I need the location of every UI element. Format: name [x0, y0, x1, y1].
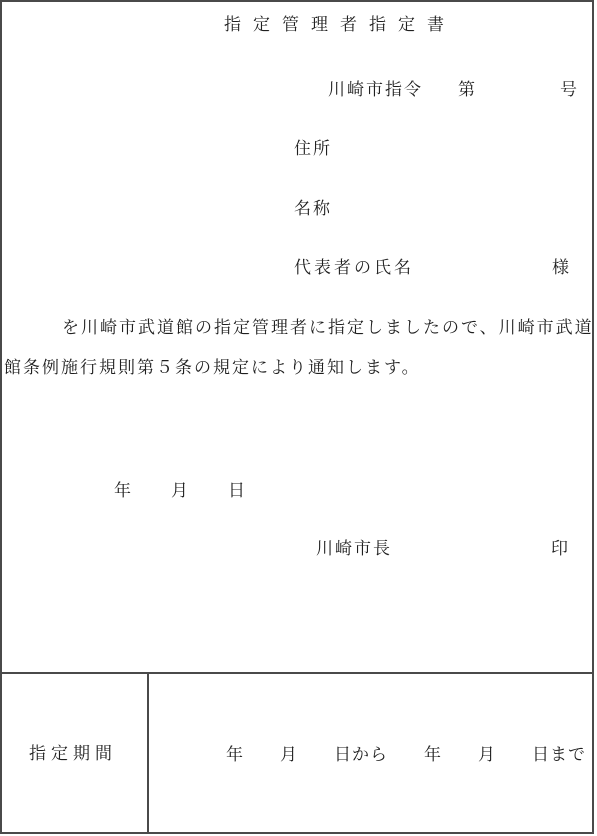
recipient-honorific-label: 様: [552, 258, 571, 278]
recipient-address-label: 住所: [294, 139, 332, 159]
period-table-cell-divider: [147, 672, 149, 834]
seal-mark: 印: [551, 539, 570, 559]
issue-date-line: 年 月 日: [114, 481, 247, 501]
period-value-cell: 年 月 日から 年 月 日まで: [226, 745, 586, 765]
body-paragraph-line-1: を川崎市武道館の指定管理者に指定しましたので、川崎市武道: [62, 318, 594, 338]
directive-number-prefix: 第: [458, 80, 477, 100]
period-table-top-border: [0, 672, 594, 674]
directive-number-suffix: 号: [560, 80, 579, 100]
period-label-cell: 指定期間: [29, 744, 117, 764]
recipient-representative-label: 代表者の氏名: [294, 258, 414, 278]
signer-mayor-label: 川崎市長: [316, 539, 392, 559]
document-border: [0, 0, 594, 834]
designation-document-page: 指定管理者指定書 川崎市指令 第 号 住所 名称 代表者の氏名 様 を川崎市武道…: [0, 0, 597, 836]
body-paragraph-line-2: 館条例施行規則第５条の規定により通知します。: [4, 358, 421, 378]
recipient-name-label: 名称: [294, 199, 332, 219]
directive-issuer-label: 川崎市指令: [328, 80, 423, 100]
document-title: 指定管理者指定書: [224, 15, 456, 35]
